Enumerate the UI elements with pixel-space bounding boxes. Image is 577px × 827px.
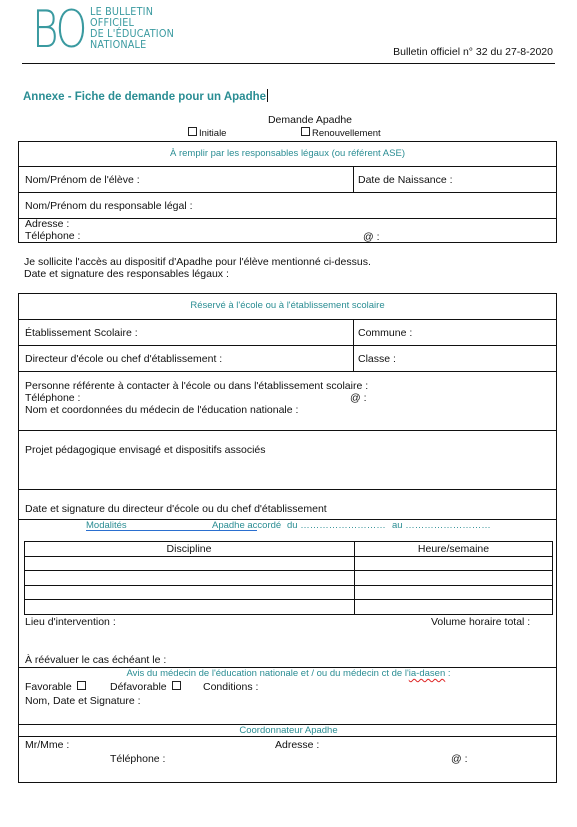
student-name-field[interactable]: Nom/Prénom de l'élève :	[25, 174, 140, 186]
total-hours-field[interactable]: Volume horaire total :	[431, 616, 530, 628]
email-field[interactable]: @ :	[363, 231, 380, 243]
project-field[interactable]: Projet pédagogique envisagé et dispositi…	[25, 444, 266, 456]
parents-section-header: À remplir par les responsables légaux (o…	[18, 148, 557, 159]
row-divider	[18, 736, 557, 737]
bo-logo-text: LE BULLETIN OFFICIEL DE L'ÉDUCATION NATI…	[90, 7, 174, 51]
row-divider	[18, 218, 557, 219]
town-field[interactable]: Commune :	[358, 327, 412, 339]
school-email-field[interactable]: @ :	[350, 392, 367, 404]
favorable-option[interactable]: Favorable	[25, 681, 88, 693]
col-divider	[353, 319, 354, 371]
row-divider	[18, 319, 557, 320]
school-section	[18, 293, 557, 783]
spellcheck-flagged-word[interactable]: ia-dasen	[409, 668, 445, 679]
option-label: Favorable	[25, 681, 72, 693]
coordinator-address-field[interactable]: Adresse :	[275, 739, 319, 751]
row-divider	[18, 430, 557, 431]
header-text: :	[445, 668, 450, 679]
col-divider	[353, 166, 354, 192]
director-field[interactable]: Directeur d'école ou chef d'établissemen…	[25, 353, 222, 365]
coordinator-name-field[interactable]: Mr/Mme :	[25, 739, 69, 751]
granted-to-field[interactable]: au ………………………	[392, 520, 491, 531]
parents-signature-label: Date et signature des responsables légau…	[24, 268, 229, 280]
header-divider	[22, 63, 555, 64]
granted-from-field[interactable]: du ………………………	[287, 520, 386, 531]
school-field[interactable]: Établissement Scolaire :	[25, 327, 138, 339]
medical-opinion-header: Avis du médecin de l'éducation nationale…	[0, 668, 577, 679]
logo-line: NATIONALE	[90, 40, 174, 51]
row-divider	[18, 489, 557, 490]
coordinator-header: Coordonnateur Apadhe	[0, 725, 577, 736]
option-label: Renouvellement	[312, 128, 381, 139]
option-renouvellement[interactable]: Renouvellement	[301, 127, 381, 139]
row-divider	[18, 345, 557, 346]
coordinator-email-field[interactable]: @ :	[451, 753, 468, 765]
table-row	[24, 599, 553, 600]
checkbox-icon[interactable]	[301, 127, 310, 136]
phone-field[interactable]: Téléphone :	[25, 230, 80, 242]
option-initiale[interactable]: Initiale	[186, 127, 226, 139]
school-section-header: Réservé à l'école ou à l'établissement s…	[18, 300, 557, 311]
unfavorable-option[interactable]: Défavorable	[110, 681, 183, 693]
row-divider	[18, 166, 557, 167]
table-row	[24, 556, 553, 557]
checkbox-icon[interactable]	[188, 127, 197, 136]
row-divider	[18, 192, 557, 193]
checkbox-icon[interactable]	[172, 681, 181, 690]
class-field[interactable]: Classe :	[358, 353, 396, 365]
column-header-hours: Heure/semaine	[354, 543, 553, 555]
address-field[interactable]: Adresse :	[25, 218, 69, 230]
doctor-field[interactable]: Nom et coordonnées du médecin de l'éduca…	[25, 404, 298, 416]
row-divider	[18, 371, 557, 372]
request-statement: Je sollicite l'accès au dispositif d'Apa…	[24, 256, 371, 268]
bo-logo-mark: BO	[32, 2, 85, 58]
guardian-name-field[interactable]: Nom/Prénom du responsable légal :	[25, 200, 193, 212]
modalities-label: Modalités	[86, 520, 127, 531]
conditions-field[interactable]: Conditions :	[203, 681, 258, 693]
table-row	[24, 570, 553, 571]
request-title: Demande Apadhe	[0, 114, 577, 126]
bulletin-reference: Bulletin officiel n° 32 du 27-8-2020	[393, 46, 553, 58]
checkbox-icon[interactable]	[77, 681, 86, 690]
option-label: Initiale	[199, 128, 226, 139]
column-header-discipline: Discipline	[24, 543, 354, 555]
doctor-signature-field[interactable]: Nom, Date et Signature :	[25, 695, 141, 707]
header-text: Avis du médecin de l'éducation nationale…	[126, 668, 408, 679]
reevaluate-field[interactable]: À réévaluer le cas échéant le :	[25, 654, 166, 666]
table-row	[24, 585, 553, 586]
apadhe-granted-label: Apadhe accordé	[212, 520, 281, 531]
annex-title-text: Annexe - Fiche de demande pour un Apadhe	[23, 91, 266, 103]
birth-date-field[interactable]: Date de Naissance :	[358, 174, 453, 186]
referent-field[interactable]: Personne référente à contacter à l'école…	[25, 380, 368, 392]
annex-title[interactable]: Annexe - Fiche de demande pour un Apadhe	[23, 89, 268, 103]
location-field[interactable]: Lieu d'intervention :	[25, 616, 116, 628]
director-signature-field[interactable]: Date et signature du directeur d'école o…	[25, 503, 327, 515]
school-phone-field[interactable]: Téléphone :	[25, 392, 80, 404]
option-label: Défavorable	[110, 681, 167, 693]
coordinator-phone-field[interactable]: Téléphone :	[110, 753, 165, 765]
text-cursor	[267, 89, 268, 102]
